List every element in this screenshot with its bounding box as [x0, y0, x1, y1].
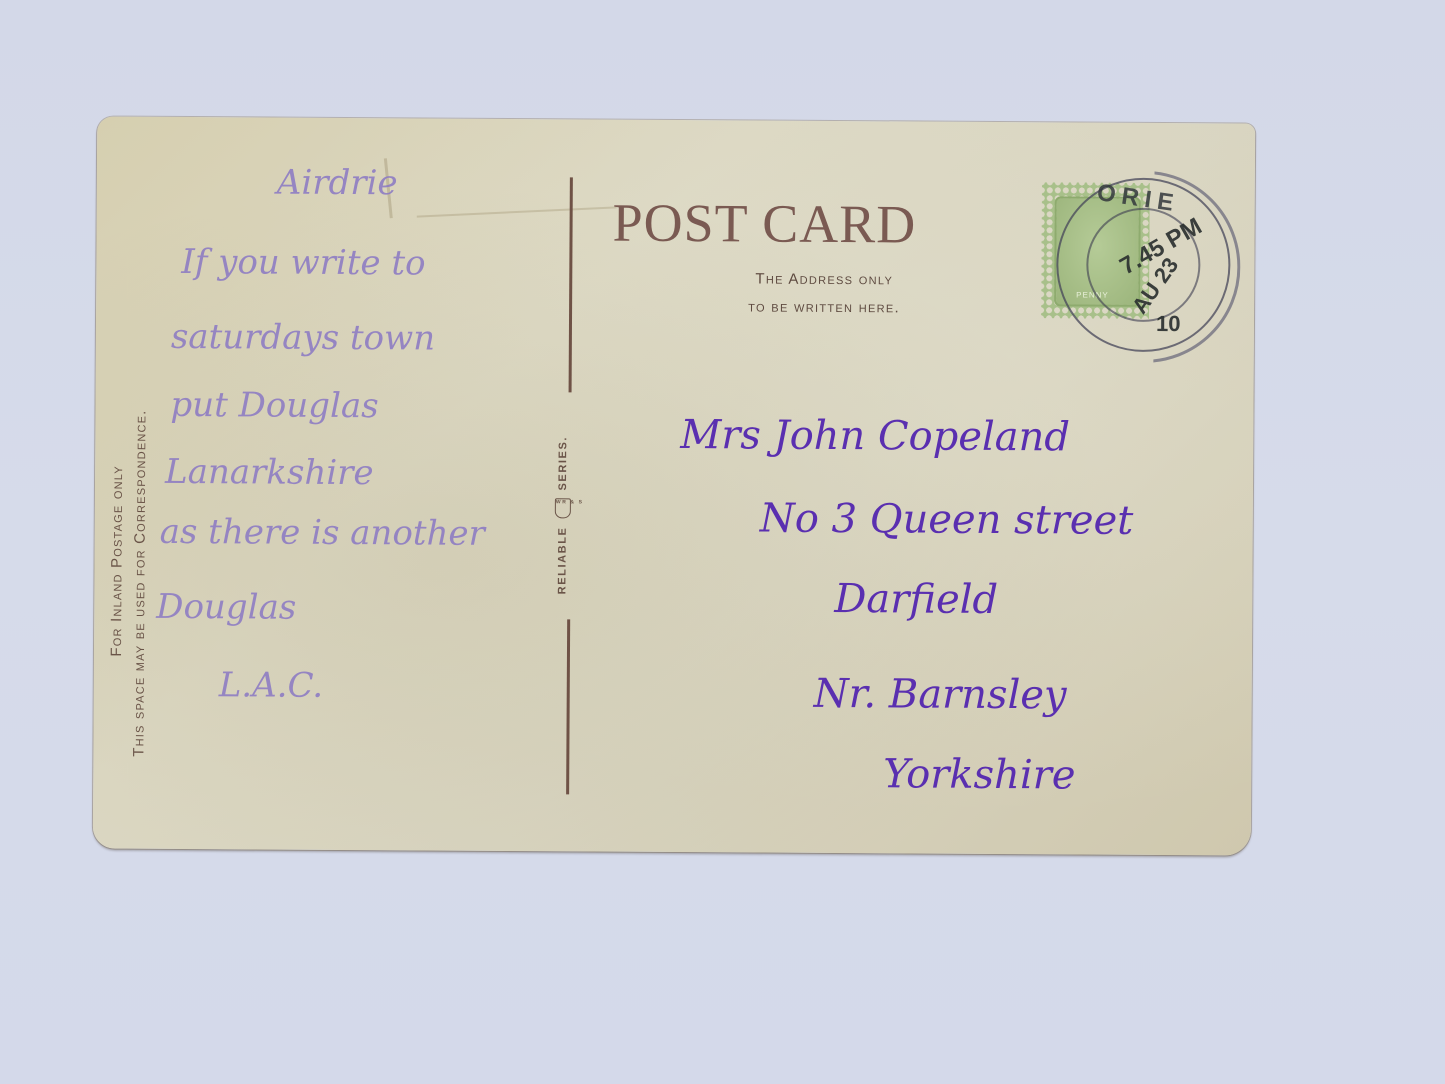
message-line: If you write to: [181, 242, 425, 283]
correspondence-note: This space may be used for Correspondenc…: [130, 409, 149, 756]
message-line: Airdrie: [277, 163, 398, 204]
postmark-year: 10: [1156, 311, 1181, 337]
shield-logo-icon: WR & S: [555, 498, 571, 518]
address-note-line1: The Address only: [634, 270, 1014, 289]
postcard: For Inland Postage only This space may b…: [93, 116, 1255, 855]
message-line: as there is another: [160, 512, 485, 554]
publisher-right-text: SERIES.: [557, 436, 569, 491]
address-line: Mrs John Copeland: [680, 412, 1070, 460]
signature: L.A.C.: [219, 665, 324, 706]
message-line: Douglas: [156, 587, 296, 628]
divider-line: [569, 177, 573, 392]
address-line: Darfield: [834, 576, 998, 623]
address-line: No 3 Queen street: [760, 496, 1134, 544]
message-line: saturdays town: [171, 317, 435, 359]
address-line: Yorkshire: [883, 751, 1076, 798]
message-line: Lanarkshire: [165, 452, 374, 493]
address-note-line2: to be written here.: [634, 298, 1014, 317]
inland-postage-note: For Inland Postage only: [108, 465, 126, 656]
publisher-left-text: RELIABLE: [556, 526, 568, 594]
address-line: Nr. Barnsley: [814, 671, 1067, 719]
paper-crease: [417, 206, 617, 217]
publisher-mark: RELIABLE WR & S SERIES.: [552, 436, 573, 595]
divider-line: [566, 619, 570, 794]
message-line: put Douglas: [170, 385, 378, 426]
postcard-title: POST CARD: [612, 192, 916, 256]
